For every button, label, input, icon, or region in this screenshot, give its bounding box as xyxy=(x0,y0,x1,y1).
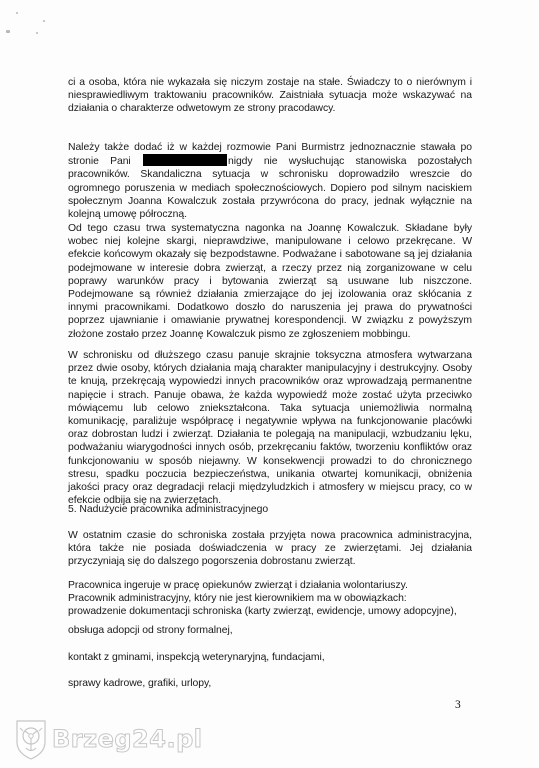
scan-speck xyxy=(6,30,10,33)
duty-text: sprawy kadrowe, grafiki, urlopy, xyxy=(68,677,472,690)
paragraph-text: Od tego czasu trwa systematyczna nagonka… xyxy=(68,222,472,341)
watermark-text: Brzeg24.pl xyxy=(52,725,202,753)
paragraph-4: W schronisku od dłuższego czasu panuje s… xyxy=(68,349,472,507)
paragraph-text: W schronisku od dłuższego czasu panuje s… xyxy=(68,349,472,507)
duties-intro-line: Pracownik administracyjny, który nie jes… xyxy=(68,592,472,605)
page-number: 3 xyxy=(455,699,461,711)
scan-speck xyxy=(16,12,18,14)
section-heading: 5. Nadużycie pracownika administracyjneg… xyxy=(68,503,472,516)
duty-text: kontakt z gminami, inspekcją weterynaryj… xyxy=(68,651,472,664)
duties-intro: Pracownica ingeruje w pracę opiekunów zw… xyxy=(68,579,472,619)
scan-speck xyxy=(36,32,38,34)
duties-list-item: kontakt z gminami, inspekcją weterynaryj… xyxy=(68,651,472,664)
duty-text: obsługa adopcji od strony formalnej, xyxy=(68,624,472,637)
section-paragraph: W ostatnim czasie do schroniska została … xyxy=(68,529,472,569)
redaction-box xyxy=(143,154,227,166)
paragraph-text: ci a osoba, która nie wykazała się niczy… xyxy=(68,76,472,116)
scan-speck xyxy=(43,20,45,22)
coat-of-arms-anchor-icon xyxy=(14,718,48,760)
duties-list-item: sprawy kadrowe, grafiki, urlopy, xyxy=(68,677,472,690)
paragraph-2: Należy także dodać iż w każdej rozmowie … xyxy=(68,141,472,221)
duties-list-item: obsługa adopcji od strony formalnej, xyxy=(68,624,472,637)
paragraph-text: Należy także dodać iż w każdej rozmowie … xyxy=(68,141,472,221)
duties-intro-line: Pracownica ingeruje w pracę opiekunów zw… xyxy=(68,579,472,592)
paragraph-text: W ostatnim czasie do schroniska została … xyxy=(68,529,472,569)
paragraph-1: ci a osoba, która nie wykazała się niczy… xyxy=(68,76,472,116)
duties-intro-line: prowadzenie dokumentacji schroniska (kar… xyxy=(68,605,472,618)
paragraph-3: Od tego czasu trwa systematyczna nagonka… xyxy=(68,222,472,341)
section-heading-block: 5. Nadużycie pracownika administracyjneg… xyxy=(68,503,472,516)
watermark: Brzeg24.pl xyxy=(14,718,202,760)
scanned-document-page: ci a osoba, która nie wykazała się niczy… xyxy=(0,0,539,768)
